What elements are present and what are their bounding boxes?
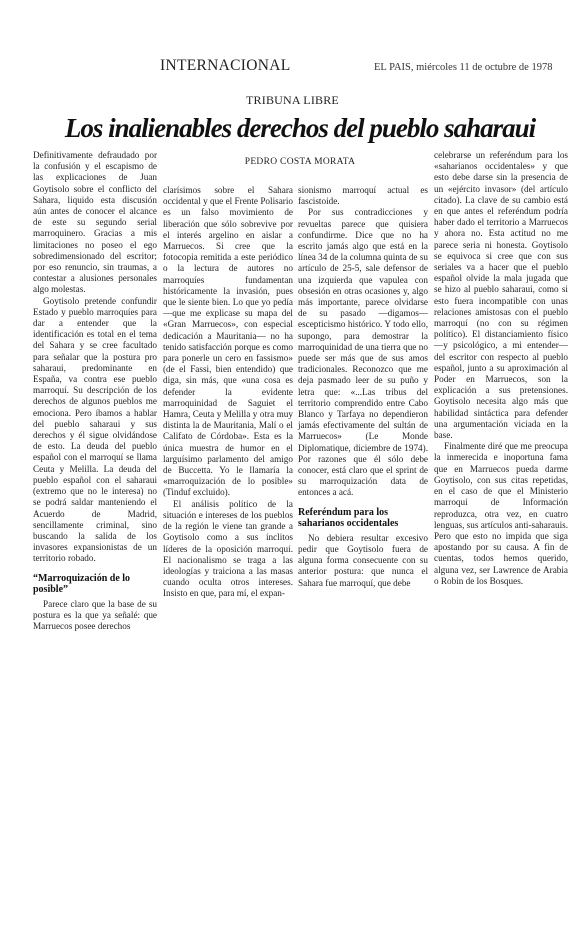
paragraph: No debiera resultar excesivo pedir que G… — [298, 533, 428, 589]
kicker-label: TRIBUNA LIBRE — [0, 93, 585, 108]
paragraph: Finalmente diré que me preocupa la inmer… — [434, 441, 568, 587]
dateline: EL PAIS, miércoles 11 de octubre de 1978 — [374, 62, 552, 73]
byline: PEDRO COSTA MORATA — [160, 157, 440, 167]
paragraph: clarísimos sobre el Sahara occidental y … — [163, 185, 293, 499]
article-column-4: celebrarse un referéndum para los «sahar… — [434, 150, 568, 587]
paragraph: sionismo marroquí actual es fascistoide. — [298, 185, 428, 207]
paragraph: Por sus contradicciones y revueltas pare… — [298, 207, 428, 498]
paragraph: Parece claro que la base de su postura e… — [33, 599, 157, 633]
paragraph: Goytisolo pretende confundir Estado y pu… — [33, 296, 157, 565]
article-column-2: clarísimos sobre el Sahara occidental y … — [163, 185, 293, 600]
article-title: Los inalienables derechos del pueblo sah… — [0, 113, 585, 144]
paragraph: El análisis político de la situación e i… — [163, 499, 293, 600]
paragraph: Definitivamente defraudado por la confus… — [33, 150, 157, 296]
subheading: Referéndum para los saharianos occidenta… — [298, 507, 428, 529]
section-header: INTERNACIONAL — [160, 57, 290, 75]
article-column-1: Definitivamente defraudado por la confus… — [33, 150, 157, 632]
paragraph: celebrarse un referéndum para los «sahar… — [434, 150, 568, 441]
subheading: “Marroquización de lo posible” — [33, 573, 157, 595]
article-column-3: sionismo marroquí actual es fascistoide.… — [298, 185, 428, 589]
